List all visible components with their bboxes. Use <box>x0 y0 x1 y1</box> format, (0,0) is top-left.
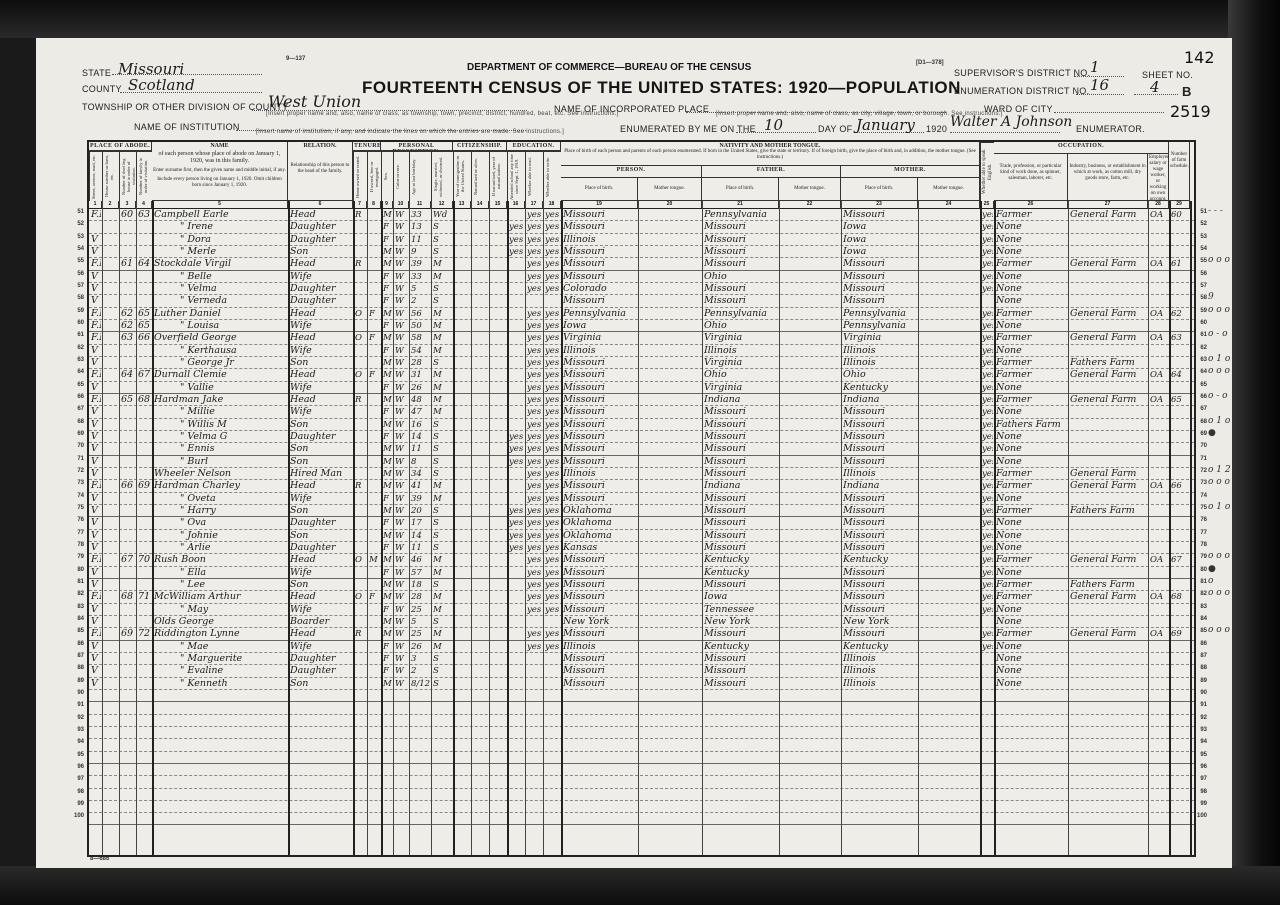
column-number-18: 18 <box>543 201 561 209</box>
cell-trade: None <box>996 271 1067 283</box>
cell-name: " Johnie <box>180 530 287 542</box>
column-divider <box>152 201 154 855</box>
cell-name: " Belle <box>180 271 287 283</box>
cell-mort <box>369 419 380 431</box>
line-number-right: 65 <box>1193 382 1207 388</box>
cell-mpob: Missouri <box>843 505 917 517</box>
cell-trade: None <box>996 431 1067 443</box>
cell-industry: General Farm <box>1070 209 1147 221</box>
cell-age: 11 <box>411 234 430 246</box>
supervisor-value: 1 <box>1090 58 1100 76</box>
subheader-col-7: Home owned or rented. <box>353 151 367 201</box>
cell-farm: 67 <box>1171 554 1189 566</box>
cell-name: Stockdale Virgil <box>154 258 287 270</box>
cell-color: W <box>395 271 408 283</box>
line-number-right: 71 <box>1193 456 1207 462</box>
cell-color: W <box>395 567 408 579</box>
cell-name: Wheeler Nelson <box>154 468 287 480</box>
cell-read: yes <box>527 604 542 616</box>
cell-trade: Fathers Farm <box>996 419 1067 431</box>
margin-annotation: o o o <box>1208 477 1230 487</box>
cell-family <box>138 246 151 258</box>
line-number-left: 91 <box>70 702 84 708</box>
cell-home <box>355 271 366 283</box>
cell-color: W <box>395 456 408 468</box>
cell-home <box>355 542 366 554</box>
cell-color: W <box>395 209 408 221</box>
cell-sex: F <box>383 542 392 554</box>
cell-english: yes <box>982 271 993 283</box>
cell-write: yes <box>545 209 560 221</box>
cell-sex: M <box>383 332 392 344</box>
cell-family: 65 <box>138 308 151 320</box>
cell-employer <box>1150 505 1168 517</box>
cell-trade: None <box>996 443 1067 455</box>
cell-dwelling <box>121 493 135 505</box>
cell-fpob: Missouri <box>704 258 778 270</box>
cell-street: V <box>91 604 101 616</box>
table-row: F.M.6568Hardman JakeHeadRMW48MyesyesMiss… <box>89 394 1194 406</box>
table-row: V" ArlieDaughterFW11SyesyesyesKansasMiss… <box>89 542 1194 554</box>
cell-trade: None <box>996 406 1067 418</box>
cell-fpob: Missouri <box>704 246 778 258</box>
cell-street: V <box>91 542 101 554</box>
cell-marital: S <box>433 431 452 443</box>
cell-dwelling <box>121 357 135 369</box>
cell-sex: M <box>383 308 392 320</box>
cell-mort <box>369 271 380 283</box>
cell-fpob: Missouri <box>704 628 778 640</box>
cell-home <box>355 456 366 468</box>
cell-mort <box>369 394 380 406</box>
line-number-right: 76 <box>1193 517 1207 523</box>
cell-sex: F <box>383 431 392 443</box>
cell-write: yes <box>545 628 560 640</box>
cell-mort <box>369 295 380 307</box>
line-number-left: 52 <box>70 221 84 227</box>
county-value: Scotland <box>128 76 195 94</box>
cell-home <box>355 431 366 443</box>
cell-trade: None <box>996 345 1067 357</box>
cell-school <box>509 468 524 480</box>
cell-school <box>509 604 524 616</box>
cell-mpob: Pennsylvania <box>843 308 917 320</box>
cell-farm <box>1171 221 1189 233</box>
cell-school: yes <box>509 505 524 517</box>
cell-school <box>509 406 524 418</box>
cell-marital: M <box>433 394 452 406</box>
cell-write: yes <box>545 468 560 480</box>
cell-home <box>355 616 366 628</box>
margin-annotation: ● <box>1208 564 1216 574</box>
cell-pob: Missouri <box>563 493 637 505</box>
line-number-right: 66 <box>1193 394 1207 400</box>
column-divider <box>638 201 639 855</box>
cell-read: yes <box>527 369 542 381</box>
cell-write: yes <box>545 517 560 529</box>
line-number-right: 84 <box>1193 616 1207 622</box>
cell-age: 3 <box>411 653 430 665</box>
cell-name: " Harry <box>180 505 287 517</box>
line-number-left: 71 <box>70 456 84 462</box>
table-row <box>89 801 1194 813</box>
line-number-right: 87 <box>1193 653 1207 659</box>
group-nativity: NATIVITY AND MOTHER TONGUE. Place of bir… <box>561 142 980 166</box>
cell-employer <box>1150 295 1168 307</box>
group-place-of-abode: PLACE OF ABODE. <box>89 142 152 151</box>
cell-school: yes <box>509 221 524 233</box>
margin-annotation: o <box>1208 576 1213 586</box>
cell-relation: Hired Man <box>290 468 352 480</box>
cell-marital: S <box>433 579 452 591</box>
cell-employer <box>1150 246 1168 258</box>
line-number-left: 79 <box>70 554 84 560</box>
column-number-23: 23 <box>841 201 918 209</box>
cell-marital: M <box>433 345 452 357</box>
cell-english: yes <box>982 221 993 233</box>
cell-school <box>509 628 524 640</box>
cell-farm <box>1171 234 1189 246</box>
cell-age: 57 <box>411 567 430 579</box>
cell-mpob: Illinois <box>843 653 917 665</box>
subheader-col-16: Attended school any time since Sept. 1, … <box>507 151 525 201</box>
cell-employer: OA <box>1150 332 1168 344</box>
cell-marital: M <box>433 567 452 579</box>
cell-trade: None <box>996 382 1067 394</box>
cell-employer <box>1150 604 1168 616</box>
cell-color: W <box>395 443 408 455</box>
sheet-side: B <box>1182 84 1192 99</box>
cell-industry <box>1070 443 1147 455</box>
line-number-right: 68 <box>1193 419 1207 425</box>
line-number-right: 63 <box>1193 357 1207 363</box>
cell-industry: General Farm <box>1070 628 1147 640</box>
cell-family <box>138 443 151 455</box>
cell-read <box>527 678 542 690</box>
margin-annotation: 9 <box>1208 292 1214 302</box>
cell-relation: Son <box>290 678 352 690</box>
cell-employer <box>1150 616 1168 628</box>
column-number-15: 15 <box>489 201 507 209</box>
cell-marital: S <box>433 234 452 246</box>
cell-pob: Missouri <box>563 382 637 394</box>
cell-employer: OA <box>1150 394 1168 406</box>
column-divider <box>431 201 432 855</box>
cell-age: 26 <box>411 641 430 653</box>
cell-family: 70 <box>138 554 151 566</box>
county-label: COUNTY <box>82 84 122 94</box>
header-industry: Industry, business, or establishment in … <box>1068 154 1148 201</box>
cell-pob: Illinois <box>563 468 637 480</box>
scan-border-right <box>1228 0 1280 905</box>
enumerator-line <box>950 132 1060 133</box>
cell-write: yes <box>545 591 560 603</box>
cell-read: yes <box>527 357 542 369</box>
cell-fpob: Pennsylvania <box>704 209 778 221</box>
page-title: FOURTEENTH CENSUS OF THE UNITED STATES: … <box>362 78 961 98</box>
column-divider <box>367 201 368 855</box>
cell-farm: 60 <box>1171 209 1189 221</box>
state-label: STATE <box>82 68 111 78</box>
cell-home <box>355 567 366 579</box>
cell-relation: Daughter <box>290 221 352 233</box>
cell-mort <box>369 665 380 677</box>
column-divider <box>994 201 996 855</box>
cell-employer: OA <box>1150 369 1168 381</box>
cell-industry: General Farm <box>1070 591 1147 603</box>
cell-street: V <box>91 665 101 677</box>
cell-write: yes <box>545 345 560 357</box>
cell-mort: M <box>369 554 380 566</box>
margin-annotation: o 1 o <box>1208 416 1230 426</box>
column-number-28: 28 <box>1148 201 1169 209</box>
cell-street: V <box>91 653 101 665</box>
table-row: V" MillieWifeFW47MyesyesMissouriMissouri… <box>89 406 1194 418</box>
line-number-right: 93 <box>1193 727 1207 733</box>
cell-pob: Missouri <box>563 456 637 468</box>
cell-age: 33 <box>411 271 430 283</box>
cell-school <box>509 567 524 579</box>
cell-name: " Millie <box>180 406 287 418</box>
cell-color: W <box>395 382 408 394</box>
cell-read: yes <box>527 431 542 443</box>
cell-family <box>138 653 151 665</box>
line-number-left: 69 <box>70 431 84 437</box>
line-number-right: 98 <box>1193 789 1207 795</box>
column-number-21: 21 <box>702 201 779 209</box>
line-number-left: 67 <box>70 406 84 412</box>
cell-read: yes <box>527 320 542 332</box>
cell-employer <box>1150 567 1168 579</box>
line-number-right: 85 <box>1193 628 1207 634</box>
cell-pob: Missouri <box>563 653 637 665</box>
line-number-right: 58 <box>1193 295 1207 301</box>
cell-employer: OA <box>1150 258 1168 270</box>
cell-farm: 62 <box>1171 308 1189 320</box>
township-value: West Union <box>268 92 361 111</box>
cell-mort: F <box>369 308 380 320</box>
cell-employer: OA <box>1150 591 1168 603</box>
line-number-left: 93 <box>70 727 84 733</box>
cell-farm <box>1171 406 1189 418</box>
line-number-right: 79 <box>1193 554 1207 560</box>
cell-write: yes <box>545 480 560 492</box>
cell-english: yes <box>982 493 993 505</box>
cell-street: F.M. <box>91 480 101 492</box>
department-title: DEPARTMENT OF COMMERCE—BUREAU OF THE CEN… <box>467 62 751 73</box>
cell-farm <box>1171 579 1189 591</box>
cell-read <box>527 665 542 677</box>
line-number-left: 88 <box>70 665 84 671</box>
cell-mpob: Missouri <box>843 493 917 505</box>
cell-trade: Farmer <box>996 554 1067 566</box>
cell-english: yes <box>982 579 993 591</box>
line-number-left: 77 <box>70 530 84 536</box>
cell-marital: M <box>433 493 452 505</box>
cell-industry <box>1070 542 1147 554</box>
cell-dwelling: 67 <box>121 554 135 566</box>
cell-age: 28 <box>411 357 430 369</box>
cell-pob: Colorado <box>563 283 637 295</box>
cell-marital: S <box>433 468 452 480</box>
cell-street: V <box>91 345 101 357</box>
cell-marital: S <box>433 295 452 307</box>
cell-home <box>355 653 366 665</box>
margin-annotation: o 1 o <box>1208 354 1230 364</box>
cell-mort <box>369 431 380 443</box>
form-code: [D1—378] <box>916 60 944 66</box>
cell-english: yes <box>982 369 993 381</box>
table-row: F.M.6265Luther DanielHeadOFMW56MyesyesPe… <box>89 308 1194 320</box>
cell-fpob: Missouri <box>704 468 778 480</box>
cell-industry <box>1070 665 1147 677</box>
line-number-left: 99 <box>70 801 84 807</box>
cell-trade: Farmer <box>996 332 1067 344</box>
cell-home <box>355 234 366 246</box>
cell-relation: Head <box>290 332 352 344</box>
column-divider <box>980 201 982 855</box>
table-row: V" KennethSonMW8/12SMissouriMissouriIlli… <box>89 678 1194 690</box>
cell-read: yes <box>527 542 542 554</box>
ward-label: WARD OF CITY <box>984 104 1053 114</box>
cell-employer <box>1150 456 1168 468</box>
cell-color: W <box>395 653 408 665</box>
cell-home: R <box>355 628 366 640</box>
cell-mort <box>369 678 380 690</box>
cell-write: yes <box>545 554 560 566</box>
cell-family <box>138 493 151 505</box>
cell-fpob: Missouri <box>704 431 778 443</box>
table-row: V" George JrSonMW28SyesyesMissouriVirgin… <box>89 357 1194 369</box>
cell-industry: General Farm <box>1070 308 1147 320</box>
line-number-left: 76 <box>70 517 84 523</box>
cell-pob: Missouri <box>563 628 637 640</box>
cell-color: W <box>395 345 408 357</box>
cell-home <box>355 246 366 258</box>
cell-pob: Missouri <box>563 369 637 381</box>
cell-street: F.M. <box>91 394 101 406</box>
column-number-19: 19 <box>561 201 638 209</box>
cell-street: F.M. <box>91 554 101 566</box>
cell-family: 72 <box>138 628 151 640</box>
cell-school <box>509 271 524 283</box>
table-row: F.M.6063Campbell EarleHeadRMW33WdyesyesM… <box>89 209 1194 221</box>
cell-age: 18 <box>411 579 430 591</box>
cell-dwelling <box>121 419 135 431</box>
table-row <box>89 776 1194 788</box>
column-number-5: 5 <box>152 201 288 209</box>
cell-sex: M <box>383 443 392 455</box>
cell-name: " Burl <box>180 456 287 468</box>
line-number-right: 74 <box>1193 493 1207 499</box>
line-number-left: 72 <box>70 468 84 474</box>
cell-fpob: Ohio <box>704 271 778 283</box>
cell-read: yes <box>527 628 542 640</box>
line-number-left: 94 <box>70 739 84 745</box>
line-number-right: 94 <box>1193 739 1207 745</box>
line-number-right: 99 <box>1193 801 1207 807</box>
cell-pob: Pennsylvania <box>563 308 637 320</box>
column-divider <box>102 201 103 855</box>
cell-read: yes <box>527 271 542 283</box>
subheader-col-11: Age at last birthday. <box>409 151 431 201</box>
cell-street: V <box>91 419 101 431</box>
cell-school <box>509 209 524 221</box>
cell-mort <box>369 579 380 591</box>
cell-english: yes <box>982 517 993 529</box>
subheader-col-2: House number or farm, etc. <box>102 151 119 201</box>
column-number-17: 17 <box>525 201 543 209</box>
cell-industry <box>1070 567 1147 579</box>
cell-write: yes <box>545 308 560 320</box>
cell-fpob: Missouri <box>704 234 778 246</box>
cell-english <box>982 665 993 677</box>
cell-mort <box>369 530 380 542</box>
column-number-24: 24 <box>918 201 980 209</box>
cell-mpob: Missouri <box>843 517 917 529</box>
cell-english: yes <box>982 591 993 603</box>
cell-relation: Wife <box>290 345 352 357</box>
cell-read: yes <box>527 394 542 406</box>
cell-street: V <box>91 406 101 418</box>
cell-english <box>982 616 993 628</box>
cell-color: W <box>395 678 408 690</box>
cell-marital: S <box>433 456 452 468</box>
cell-color: W <box>395 431 408 443</box>
cell-color: W <box>395 542 408 554</box>
cell-employer <box>1150 542 1168 554</box>
cell-age: 9 <box>411 246 430 258</box>
cell-trade: None <box>996 604 1067 616</box>
cell-street: V <box>91 517 101 529</box>
cell-industry <box>1070 406 1147 418</box>
cell-read: yes <box>527 332 542 344</box>
line-number-right: 56 <box>1193 271 1207 277</box>
cell-write: yes <box>545 542 560 554</box>
line-number-left: 57 <box>70 283 84 289</box>
cell-family <box>138 641 151 653</box>
line-number-right: 81 <box>1193 579 1207 585</box>
header-mother-tongue: Mother tongue. <box>918 178 980 201</box>
cell-marital: M <box>433 554 452 566</box>
cell-family <box>138 604 151 616</box>
cell-dwelling <box>121 382 135 394</box>
cell-fpob: Missouri <box>704 653 778 665</box>
cell-read: yes <box>527 234 542 246</box>
column-divider <box>136 201 137 855</box>
cell-color: W <box>395 579 408 591</box>
table-row: V" Velma GDaughterFW14SyesyesyesMissouri… <box>89 431 1194 443</box>
line-number-right: 77 <box>1193 530 1207 536</box>
cell-marital: M <box>433 480 452 492</box>
cell-school <box>509 394 524 406</box>
cell-english: yes <box>982 283 993 295</box>
table-row: V" EvalineDaughterFW2SMissouriMissouriIl… <box>89 665 1194 677</box>
cell-fpob: Tennessee <box>704 604 778 616</box>
cell-industry <box>1070 382 1147 394</box>
cell-street: V <box>91 678 101 690</box>
table-row: V" HarrySonMW20SyesyesyesOklahomaMissour… <box>89 505 1194 517</box>
cell-dwelling <box>121 456 135 468</box>
cell-mort <box>369 604 380 616</box>
cell-family <box>138 345 151 357</box>
cell-color: W <box>395 554 408 566</box>
cell-trade: None <box>996 665 1067 677</box>
cell-relation: Wife <box>290 604 352 616</box>
cell-name: " Arlie <box>180 542 287 554</box>
cell-school <box>509 283 524 295</box>
cell-home <box>355 443 366 455</box>
